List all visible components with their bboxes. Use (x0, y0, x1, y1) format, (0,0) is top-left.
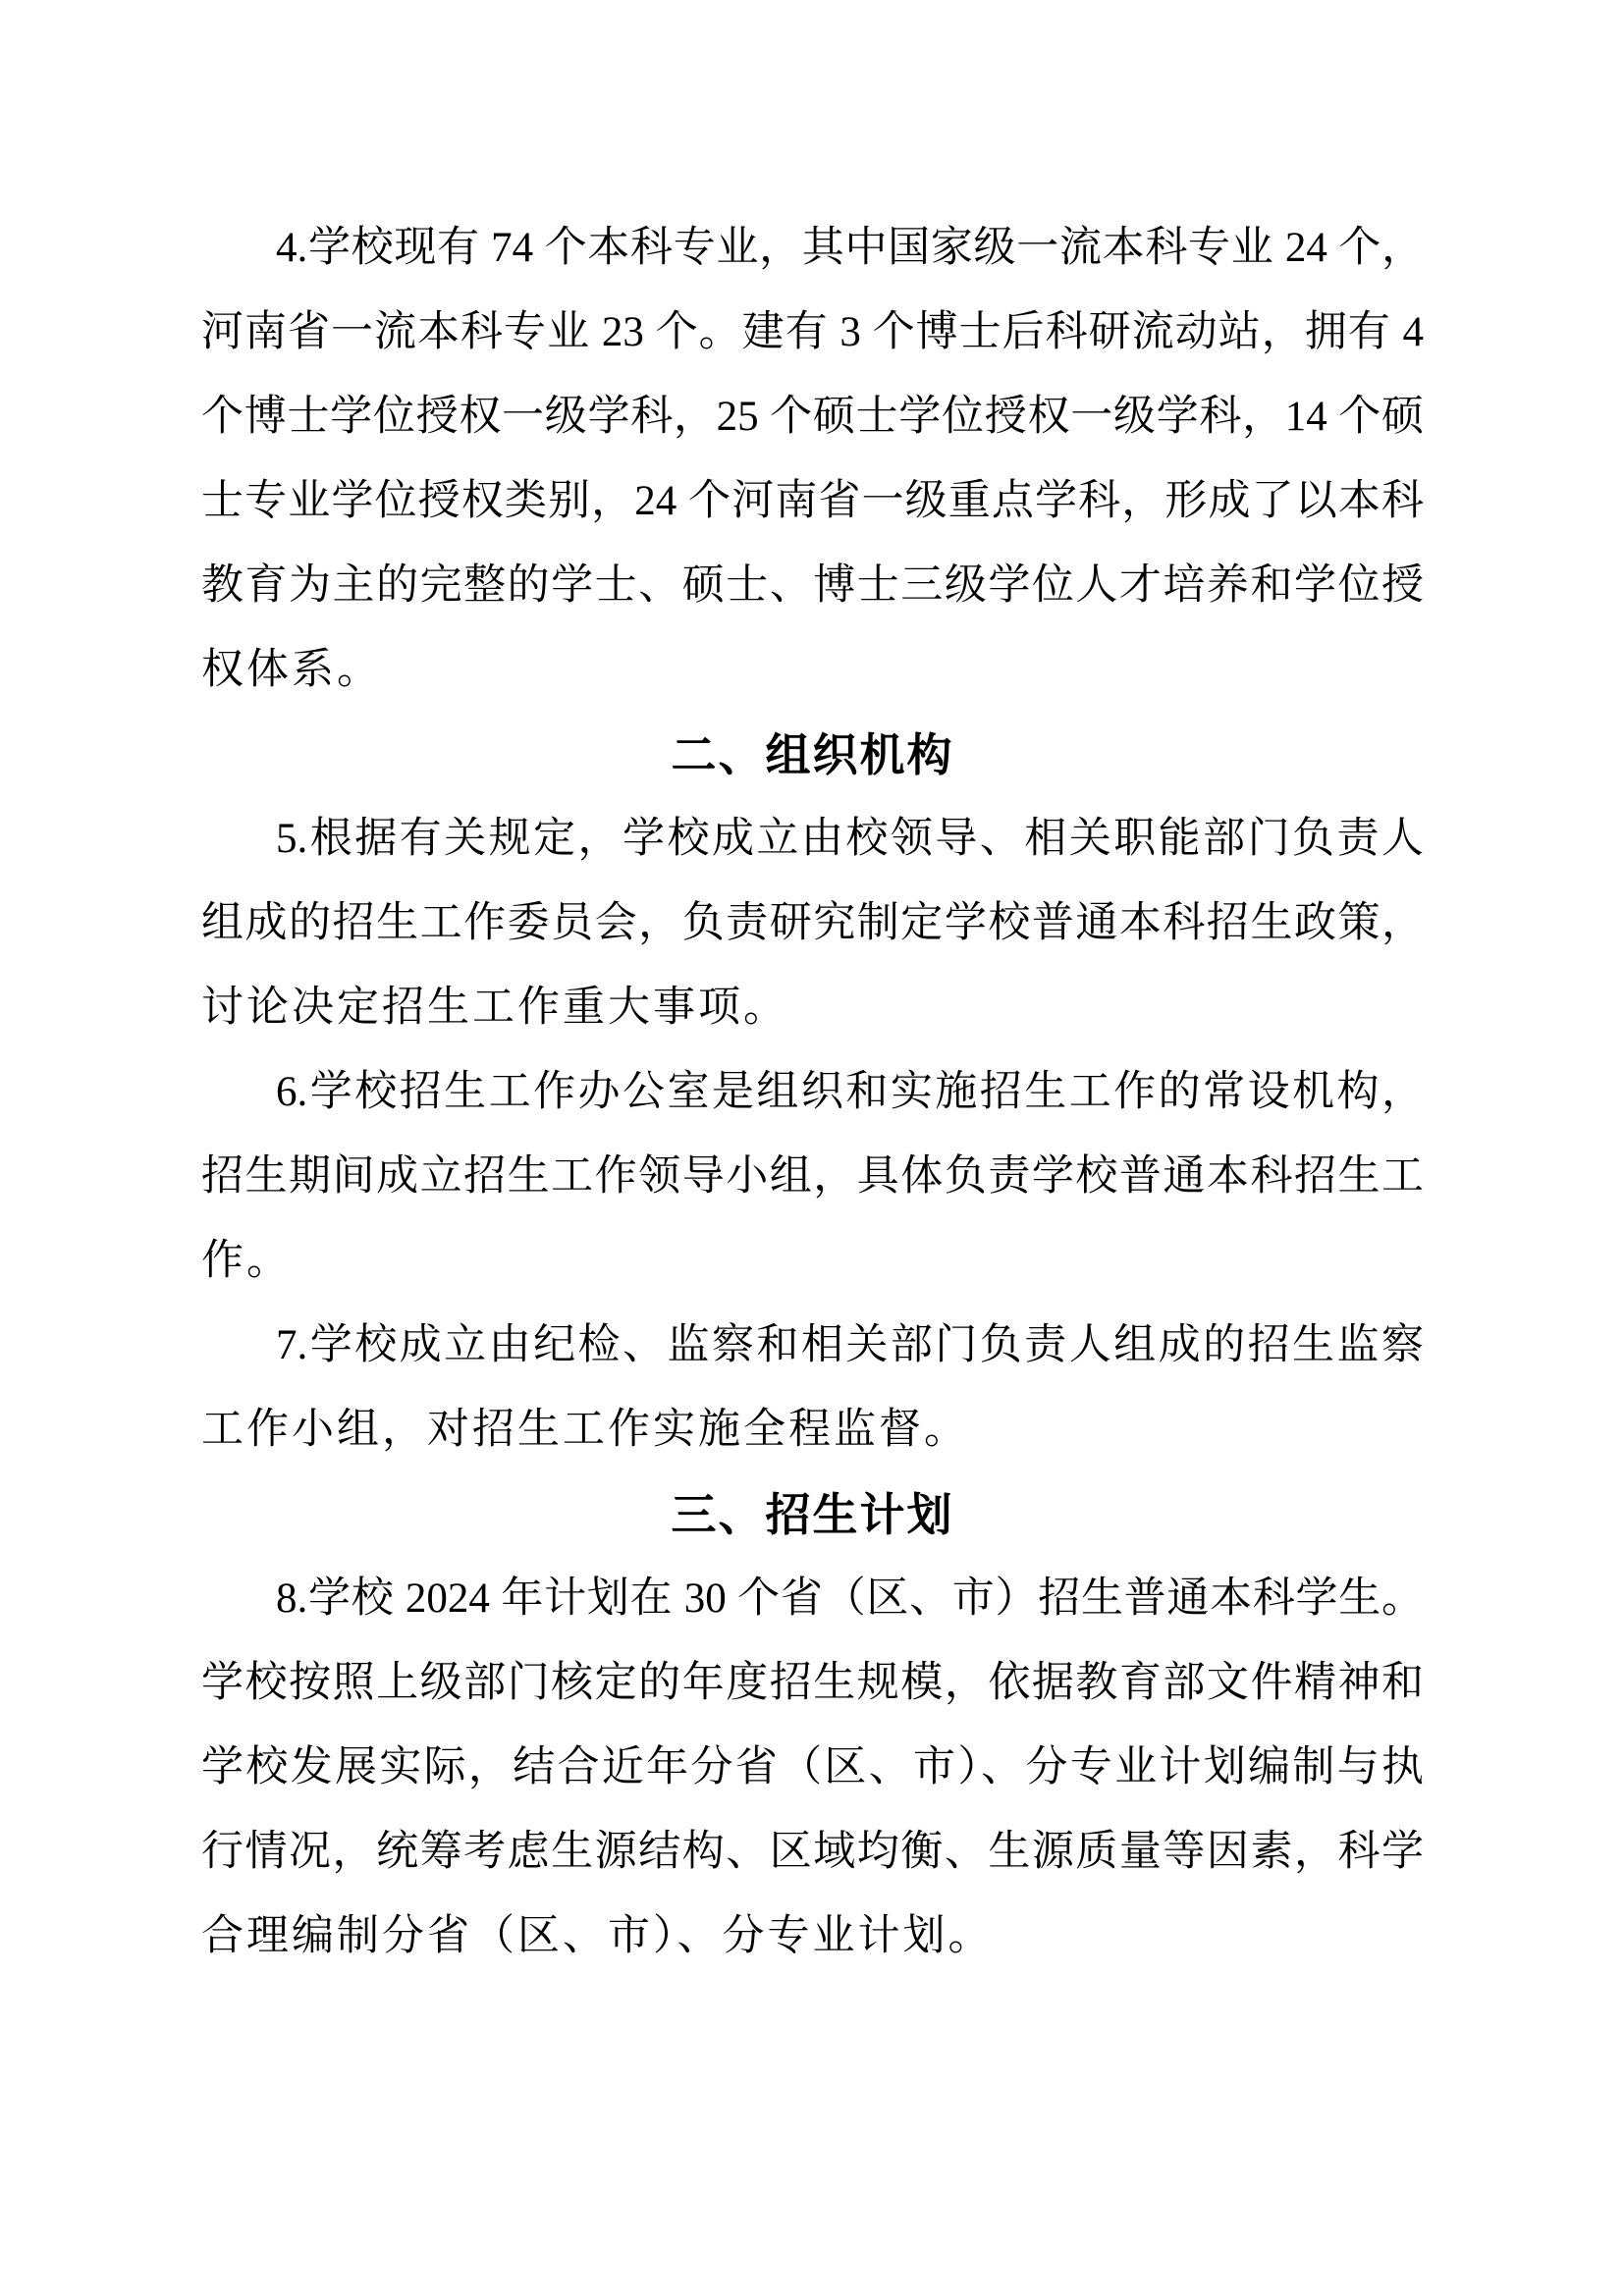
text-line: 工作小组，对招生工作实施全程监督。 (201, 1388, 1424, 1472)
text-line: 组成的招生工作委员会，负责研究制定学校普通本科招生政策， (201, 881, 1424, 966)
paragraph-6: 6.学校招生工作办公室是组织和实施招生工作的常设机构， 招生期间成立招生工作领导… (201, 1050, 1424, 1304)
paragraph-4: 4.学校现有 74 个本科专业，其中国家级一流本科专业 24 个， 河南省一流本… (201, 206, 1424, 713)
text-line: 招生期间成立招生工作领导小组，具体负责学校普通本科招生工 (201, 1135, 1424, 1219)
text-line: 作。 (201, 1219, 1424, 1304)
text-line: 8.学校 2024 年计划在 30 个省（区、市）招生普通本科学生。 (201, 1557, 1424, 1641)
text-line: 合理编制分省（区、市）、分专业计划。 (201, 1895, 1424, 1979)
text-line: 行情况，统筹考虑生源结构、区域均衡、生源质量等因素，科学 (201, 1810, 1424, 1895)
document-page: 4.学校现有 74 个本科专业，其中国家级一流本科专业 24 个， 河南省一流本… (0, 0, 1624, 2296)
text-line: 河南省一流本科专业 23 个。建有 3 个博士后科研流动站，拥有 4 (201, 291, 1424, 375)
text-line: 个博士学位授权一级学科，25 个硕士学位授权一级学科，14 个硕 (201, 375, 1424, 459)
text-line: 讨论决定招生工作重大事项。 (201, 966, 1424, 1050)
section-heading-organization: 二、组织机构 (201, 713, 1424, 797)
text-line: 学校按照上级部门核定的年度招生规模，依据教育部文件精神和 (201, 1641, 1424, 1726)
text-line: 教育为主的完整的学士、硕士、博士三级学位人才培养和学位授 (201, 544, 1424, 628)
text-line: 士专业学位授权类别，24 个河南省一级重点学科，形成了以本科 (201, 459, 1424, 544)
paragraph-5: 5.根据有关规定，学校成立由校领导、相关职能部门负责人 组成的招生工作委员会，负… (201, 797, 1424, 1050)
paragraph-7: 7.学校成立由纪检、监察和相关部门负责人组成的招生监察 工作小组，对招生工作实施… (201, 1304, 1424, 1472)
text-line: 5.根据有关规定，学校成立由校领导、相关职能部门负责人 (201, 797, 1424, 881)
text-line: 权体系。 (201, 628, 1424, 713)
text-line: 4.学校现有 74 个本科专业，其中国家级一流本科专业 24 个， (201, 206, 1424, 291)
text-line: 学校发展实际，结合近年分省（区、市）、分专业计划编制与执 (201, 1726, 1424, 1810)
text-line: 6.学校招生工作办公室是组织和实施招生工作的常设机构， (201, 1050, 1424, 1135)
section-heading-enrollment-plan: 三、招生计划 (201, 1472, 1424, 1557)
text-line: 7.学校成立由纪检、监察和相关部门负责人组成的招生监察 (201, 1304, 1424, 1388)
paragraph-8: 8.学校 2024 年计划在 30 个省（区、市）招生普通本科学生。 学校按照上… (201, 1557, 1424, 1979)
